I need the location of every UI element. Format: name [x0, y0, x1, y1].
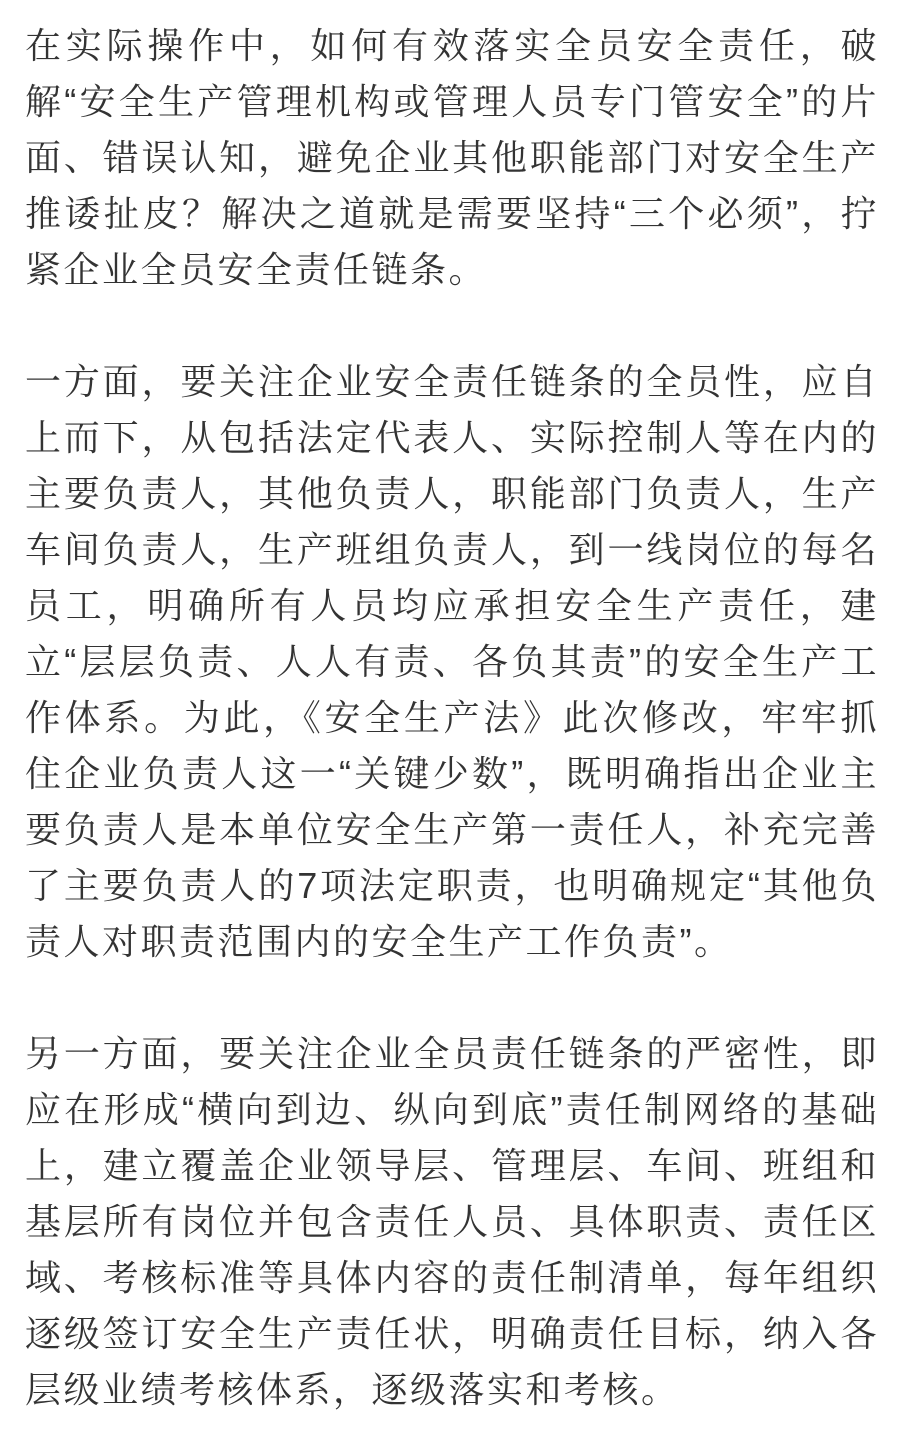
paragraph-3: 另一方面，要关注企业全员责任链条的严密性，即应在形成“横向到边、纵向到底”责任制… [25, 1026, 879, 1418]
paragraph-1: 在实际操作中，如何有效落实全员安全责任，破解“安全生产管理机构或管理人员专门管安… [25, 18, 879, 298]
article-body: 在实际操作中，如何有效落实全员安全责任，破解“安全生产管理机构或管理人员专门管安… [0, 0, 900, 1434]
paragraph-2: 一方面，要关注企业安全责任链条的全员性，应自上而下，从包括法定代表人、实际控制人… [25, 354, 879, 970]
